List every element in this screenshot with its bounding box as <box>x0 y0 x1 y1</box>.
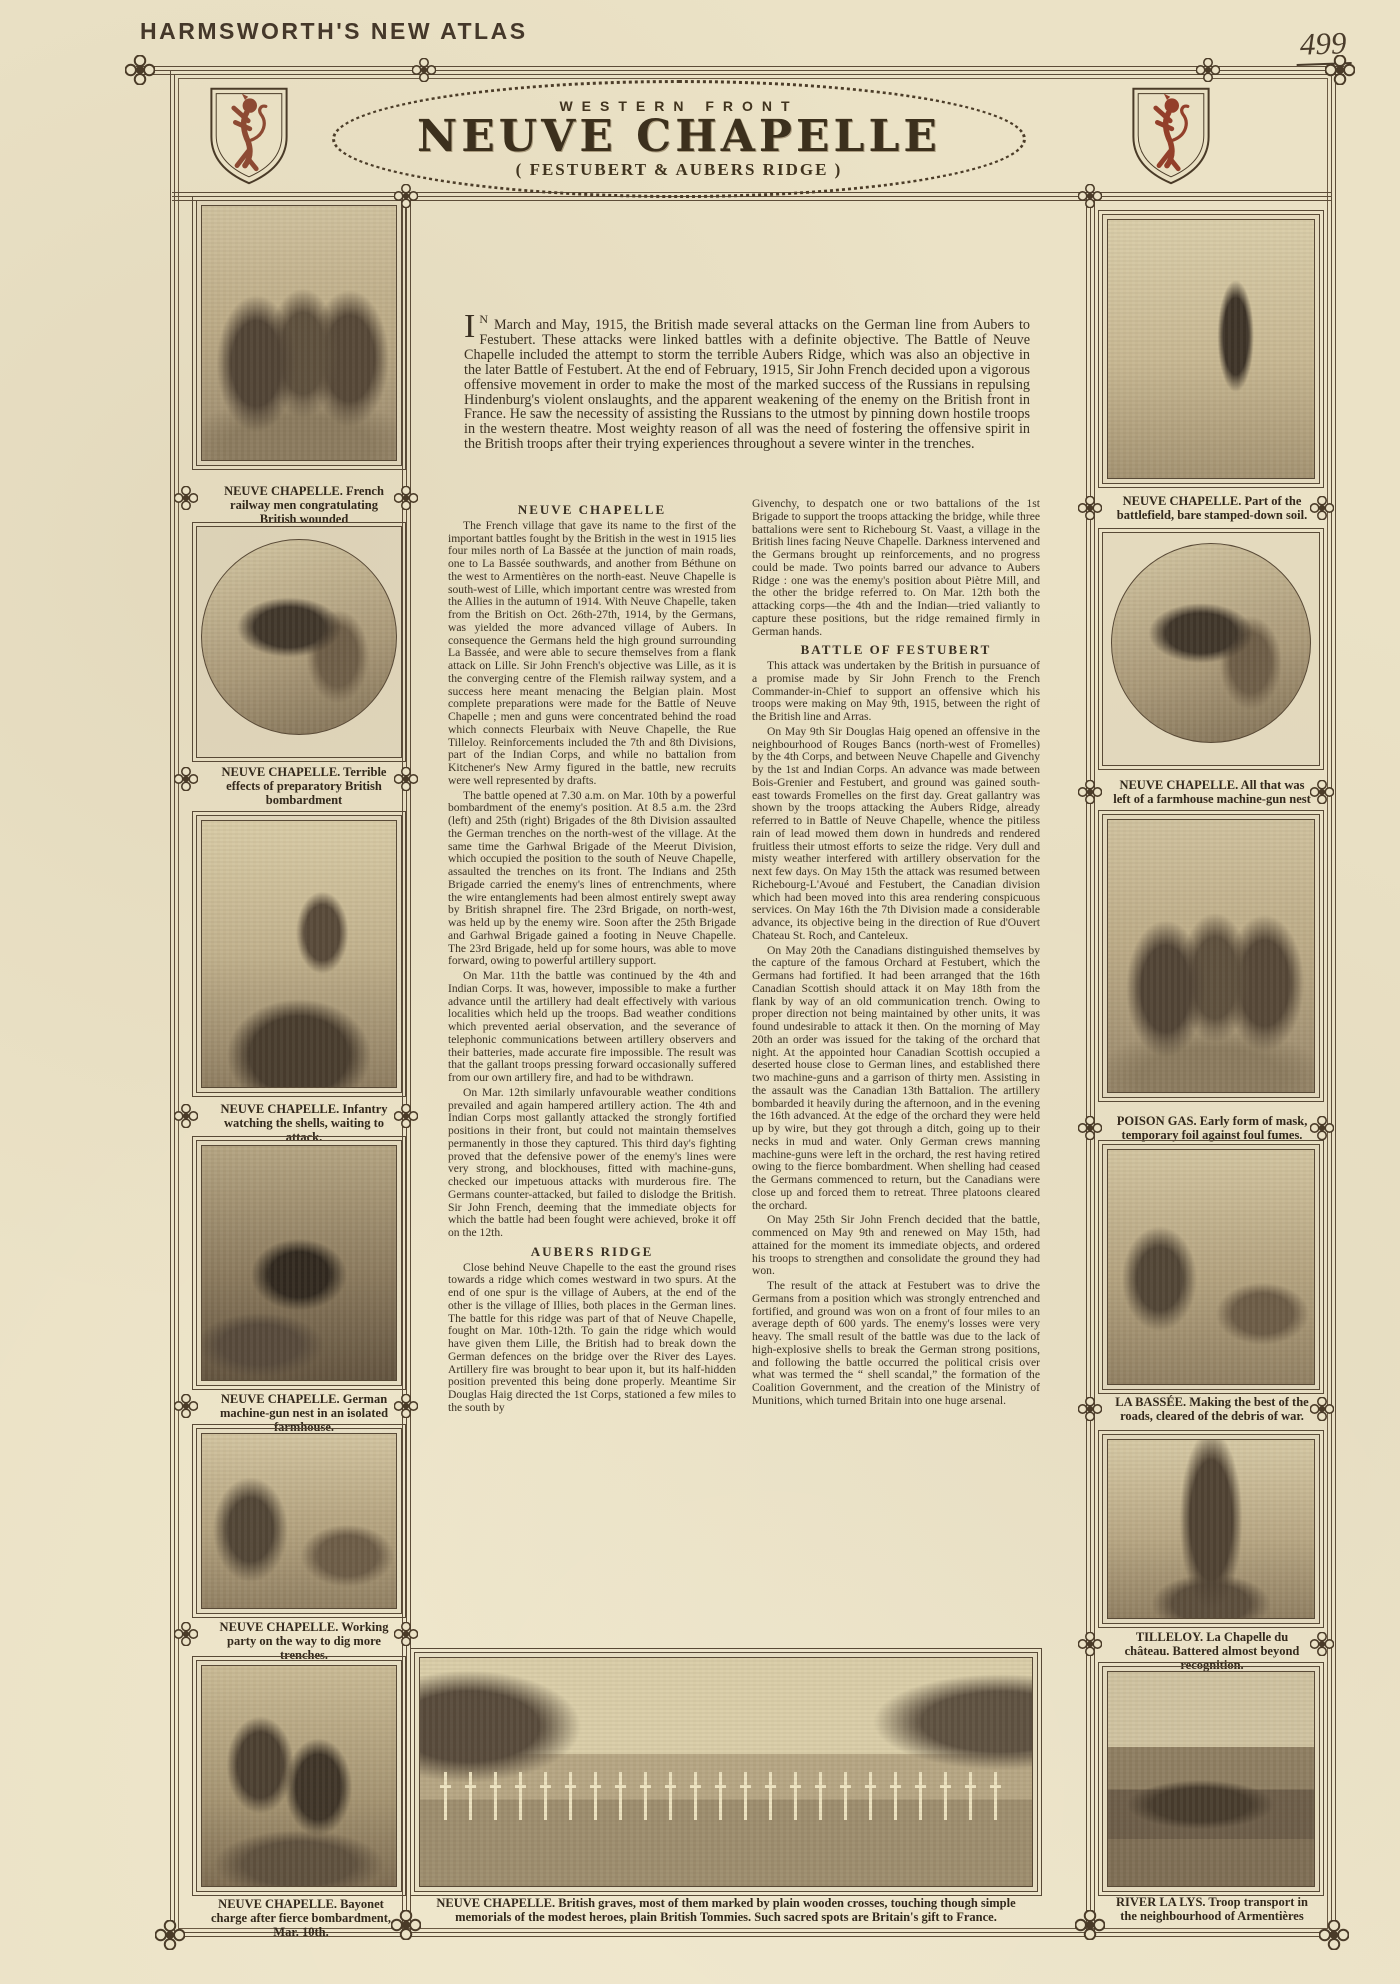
caption-battlefield-soil: NEUVE CHAPELLE. Part of the battlefield,… <box>1112 494 1312 522</box>
rosette-icon <box>1310 1397 1334 1421</box>
right-column-rule <box>1086 196 1095 1931</box>
rosette-icon <box>174 486 198 510</box>
caption-river-la-lys-transport: RIVER LA LYS. Troop transport in the nei… <box>1108 1895 1316 1923</box>
masthead-subtitle: ( FESTUBERT & AUBERS RIDGE ) <box>516 160 843 180</box>
masthead-title: NEUVE CHAPELLE <box>417 115 941 159</box>
paragraph: On May 9th Sir Douglas Haig opened an of… <box>752 726 1040 943</box>
rosette-icon <box>1310 780 1334 804</box>
rosette-icon <box>394 1394 418 1418</box>
photo-farmhouse-remains <box>1102 532 1320 766</box>
rosette-icon <box>1078 496 1102 520</box>
rosette-icon <box>394 486 418 510</box>
rosette-icon <box>1310 496 1334 520</box>
rosette-icon <box>394 184 418 208</box>
caption-la-bassee-roads: LA BASSÉE. Making the best of the roads,… <box>1112 1395 1312 1423</box>
photo-tilleloy-chapel <box>1102 1434 1320 1624</box>
rosette-icon <box>1310 1116 1334 1140</box>
rosette-icon <box>1310 1632 1334 1656</box>
rosette-icon <box>394 1104 418 1128</box>
intro-text: March and May, 1915, the British made se… <box>464 317 1030 452</box>
paragraph: Givenchy, to despatch one or two battali… <box>752 498 1040 638</box>
rosette-icon <box>1078 1116 1102 1140</box>
scottish-lion-shield-icon <box>194 84 304 188</box>
caption-infantry-watching-shells: NEUVE CHAPELLE. Infantry watching the sh… <box>214 1102 394 1144</box>
rosette-icon <box>1078 780 1102 804</box>
graves-crosses-decoration <box>444 1772 1007 1820</box>
photo-poison-gas-masks <box>1102 814 1320 1098</box>
caption-bombardment-ruins: NEUVE CHAPELLE. Terrible effects of prep… <box>214 765 394 807</box>
photo-la-bassee-roads <box>1102 1144 1320 1390</box>
rosette-icon <box>174 767 198 791</box>
caption-bayonet-charge: NEUVE CHAPELLE. Bayonet charge after fie… <box>208 1897 394 1939</box>
section-heading-battle-of-festubert: BATTLE OF FESTUBERT <box>752 644 1040 657</box>
rosette-icon <box>174 1622 198 1646</box>
paragraph: Close behind Neuve Chapelle to the east … <box>448 1262 736 1415</box>
atlas-page: HARMSWORTH'S NEW ATLAS 499 WESTERN FRONT… <box>0 0 1400 1984</box>
top-border-rule <box>136 66 1344 75</box>
caption-working-party: NEUVE CHAPELLE. Working party on the way… <box>214 1620 394 1662</box>
section-heading-neuve-chapelle: NEUVE CHAPELLE <box>448 504 736 517</box>
rosette-icon <box>125 55 155 85</box>
intro-paragraph: IN March and May, 1915, the British made… <box>464 312 1030 452</box>
paragraph: On May 25th Sir John French decided that… <box>752 1214 1040 1278</box>
paragraph: The French village that gave its name to… <box>448 520 736 788</box>
rosette-icon <box>1075 1910 1105 1940</box>
paragraph: On Mar. 11th the battle was continued by… <box>448 970 736 1085</box>
photo-bayonet-charge <box>196 1660 402 1892</box>
paragraph: The battle opened at 7.30 a.m. on Mar. 1… <box>448 790 736 969</box>
rosette-icon <box>155 1920 185 1950</box>
section-heading-aubers-ridge: AUBERS RIDGE <box>448 1246 736 1259</box>
left-column-rule <box>402 196 411 1931</box>
photo-french-railwaymen <box>196 200 402 466</box>
rosette-icon <box>174 1104 198 1128</box>
intro-dropcap: I <box>464 312 479 340</box>
intro-dropcap-sup: N <box>479 312 489 326</box>
page-header-title: HARMSWORTH'S NEW ATLAS <box>140 18 528 45</box>
photo-machine-gun-nest <box>196 1140 402 1386</box>
article-column-left: NEUVE CHAPELLE The French village that g… <box>448 498 736 1417</box>
rosette-icon <box>1319 1920 1349 1950</box>
photo-infantry-watching-shells <box>196 815 402 1093</box>
article-column-right: Givenchy, to despatch one or two battali… <box>752 498 1040 1410</box>
paragraph: The result of the attack at Festubert wa… <box>752 1280 1040 1408</box>
rosette-icon <box>1078 1397 1102 1421</box>
rosette-icon <box>1325 55 1355 85</box>
masthead-oval: WESTERN FRONT NEUVE CHAPELLE ( FESTUBERT… <box>332 80 1026 198</box>
photo-battlefield-soil <box>1102 214 1320 484</box>
rosette-icon <box>174 1394 198 1418</box>
photo-working-party <box>196 1428 402 1614</box>
caption-poison-gas-masks: POISON GAS. Early form of mask, temporar… <box>1112 1114 1312 1142</box>
photo-british-graves <box>414 1652 1038 1892</box>
scottish-lion-shield-icon <box>1116 84 1226 188</box>
rosette-icon <box>412 58 436 82</box>
paragraph: On Mar. 12th similarly unfavourable weat… <box>448 1087 736 1240</box>
caption-british-graves: NEUVE CHAPELLE. British graves, most of … <box>424 1896 1028 1924</box>
photo-bombardment-ruins <box>196 526 402 758</box>
photo-river-la-lys-transport <box>1102 1666 1320 1892</box>
caption-farmhouse-remains: NEUVE CHAPELLE. All that was left of a f… <box>1112 778 1312 806</box>
rosette-icon <box>394 767 418 791</box>
paragraph: This attack was undertaken by the Britis… <box>752 660 1040 724</box>
rosette-icon <box>391 1910 421 1940</box>
rosette-icon <box>1078 1632 1102 1656</box>
rosette-icon <box>394 1622 418 1646</box>
caption-french-railwaymen: NEUVE CHAPELLE. French railway men congr… <box>214 484 394 526</box>
rosette-icon <box>1196 58 1220 82</box>
paragraph: On May 20th the Canadians distinguished … <box>752 945 1040 1213</box>
rosette-icon <box>1078 184 1102 208</box>
